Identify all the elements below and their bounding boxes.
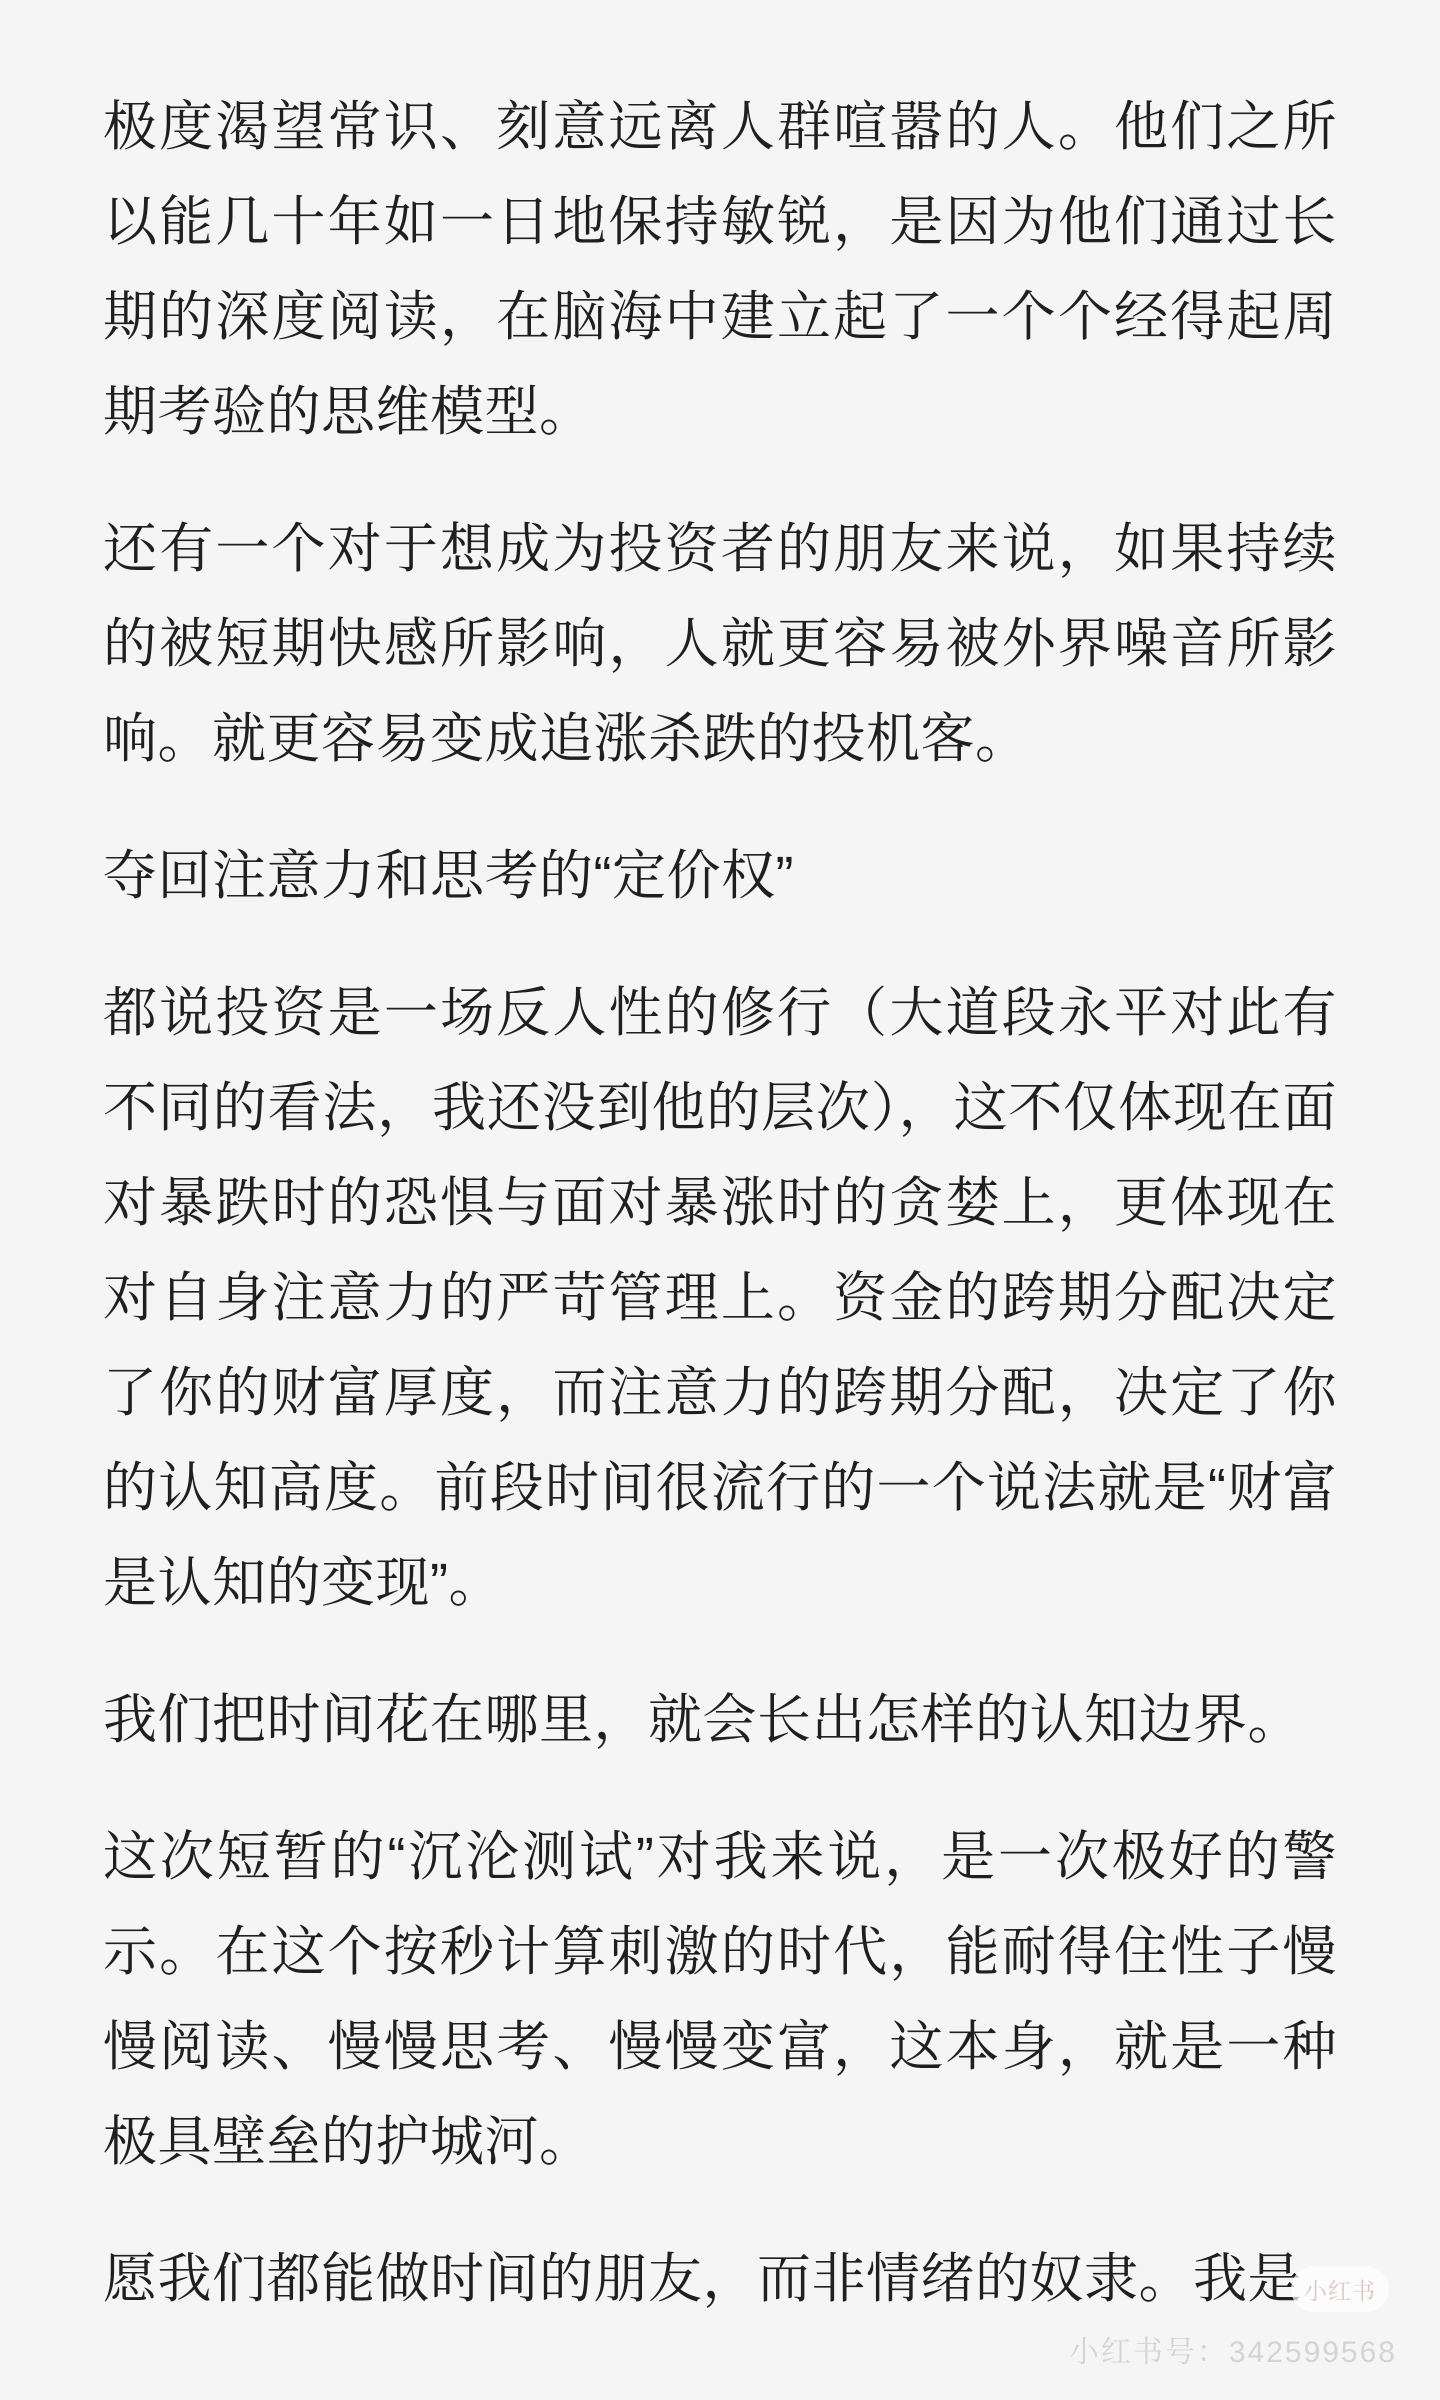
xiaohongshu-id-watermark: 小红书号：342599568 [1069,2327,1397,2371]
paragraph: 极度渴望常识、刻意远离人群喧嚣的人。他们之所以能几十年如一日地保持敏锐，是因为他… [103,80,1337,460]
section-heading: 夺回注意力和思考的“定价权” [103,829,1337,924]
paragraph: 都说投资是一场反人性的修行（大道段永平对此有不同的看法，我还没到他的层次），这不… [103,966,1337,1631]
article-body: 极度渴望常识、刻意远离人群喧嚣的人。他们之所以能几十年如一日地保持敏锐，是因为他… [0,0,1440,2369]
paragraph: 我们把时间花在哪里，就会长出怎样的认知边界。 [103,1673,1337,1768]
xiaohongshu-logo-label: 小红书 [1304,2273,1376,2306]
paragraph: 还有一个对于想成为投资者的朋友来说，如果持续的被短期快感所影响，人就更容易被外界… [103,502,1337,787]
paragraph: 愿我们都能做时间的朋友，而非情绪的奴隶。我是 [103,2232,1337,2327]
paragraph: 这次短暂的“沉沦测试”对我来说，是一次极好的警示。在这个按秒计算刺激的时代，能耐… [103,1810,1337,2190]
xiaohongshu-logo-badge: 小红书 [1291,2266,1389,2312]
